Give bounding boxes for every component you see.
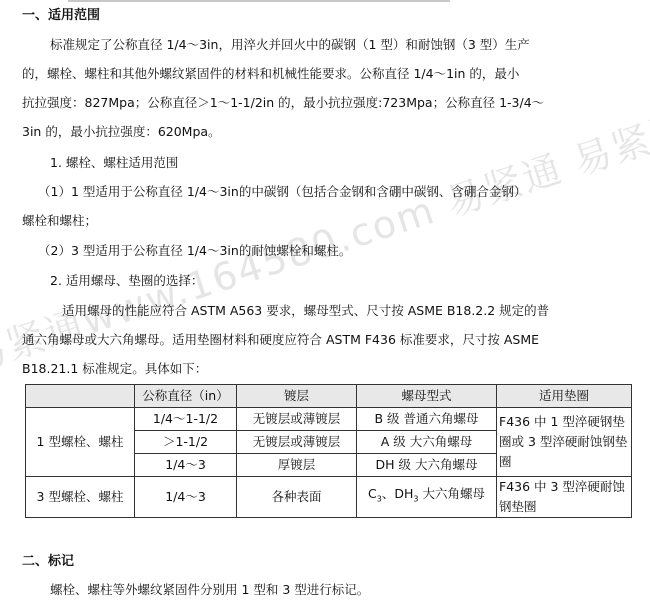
cell-nut: C3、DH3 大六角螺母 [357,477,497,518]
table-header-row: 公称直径（in） 镀层 螺母型式 适用垫圈 [26,385,632,408]
para1-line2: 的，螺栓、螺柱和其他外螺纹紧固件的材料和机械性能要求。公称直径 1/4～1in … [22,66,519,82]
top-divider [68,0,450,2]
cell-diameter: ＞1-1/2 [135,431,237,454]
table-row: 3 型螺栓、螺柱 1/4～3 各种表面 C3、DH3 大六角螺母 F436 中 … [26,477,632,518]
spec-table: 公称直径（in） 镀层 螺母型式 适用垫圈 1 型螺栓、螺柱 1/4～1-1/2… [25,384,632,518]
cell-coating: 厚镀层 [237,454,357,477]
header-cell-diameter: 公称直径（in） [135,385,237,408]
type3-washer: F436 中 3 型淬硬耐蚀钢垫圈 [497,477,632,518]
sub2-para-line3: B18.21.1 标准规定。具体如下： [22,361,207,377]
header-cell-nut: 螺母型式 [357,385,497,408]
sub2-para-line1: 适用螺母的性能应符合 ASTM A563 要求，螺母型式、尺寸按 ASME B1… [62,303,549,319]
cell-diameter: 1/4～1-1/2 [135,408,237,431]
cell-diameter: 1/4～3 [135,477,237,518]
cell-diameter: 1/4～3 [135,454,237,477]
sub1-item2: （2）3 型适用于公称直径 1/4～3in的耐蚀螺栓和螺柱。 [38,243,351,259]
cell-nut: B 级 普通六角螺母 [357,408,497,431]
cell-coating: 无镀层或薄镀层 [237,431,357,454]
sub1-item1-line1: （1）1 型适用于公称直径 1/4～3in的中碳钢（包括合金钢和含硼中碳钢、含硼… [38,184,526,200]
section2-heading: 二、标记 [22,554,74,570]
section1-heading: 一、适用范围 [22,8,100,24]
type3-label: 3 型螺栓、螺柱 [26,477,135,518]
sub2-title: 2. 适用螺母、垫圈的选择： [50,273,203,289]
cell-nut: DH 级 大六角螺母 [357,454,497,477]
nut-grade-dh: 、DH [382,486,414,501]
header-cell-coating: 镀层 [237,385,357,408]
header-cell-blank [26,385,135,408]
sub1-title: 1. 螺栓、螺柱适用范围 [50,155,178,171]
nut-grade-c: C [368,486,377,501]
type1-label: 1 型螺栓、螺柱 [26,408,135,477]
header-cell-washer: 适用垫圈 [497,385,632,408]
sub1-item1-line2: 螺栓和螺柱； [22,213,97,229]
type1-washer: F436 中 1 型淬硬钢垫圈或 3 型淬硬耐蚀钢垫圈 [497,408,632,477]
table-row: 1 型螺栓、螺柱 1/4～1-1/2 无镀层或薄镀层 B 级 普通六角螺母 F4… [26,408,632,431]
para1-line4: 3in 的，最小抗拉强度：620Mpa。 [22,124,221,140]
nut-type: 大六角螺母 [418,486,484,501]
cell-coating: 无镀层或薄镀层 [237,408,357,431]
para1-line3: 抗拉强度：827Mpa；公称直径＞1～1-1/2in 的，最小抗拉强度:723M… [22,95,544,111]
cell-coating: 各种表面 [237,477,357,518]
section2-para: 螺栓、螺柱等外螺纹紧固件分别用 1 型和 3 型进行标记。 [50,582,369,598]
sub2-para-line2: 通六角螺母或大六角螺母。适用垫圈材料和硬度应符合 ASTM F436 标准要求，… [22,332,539,348]
cell-nut: A 级 大六角螺母 [357,431,497,454]
para1-line1: 标准规定了公称直径 1/4～3in，用淬火并回火中的碳钢（1 型）和耐蚀钢（3 … [50,37,530,53]
